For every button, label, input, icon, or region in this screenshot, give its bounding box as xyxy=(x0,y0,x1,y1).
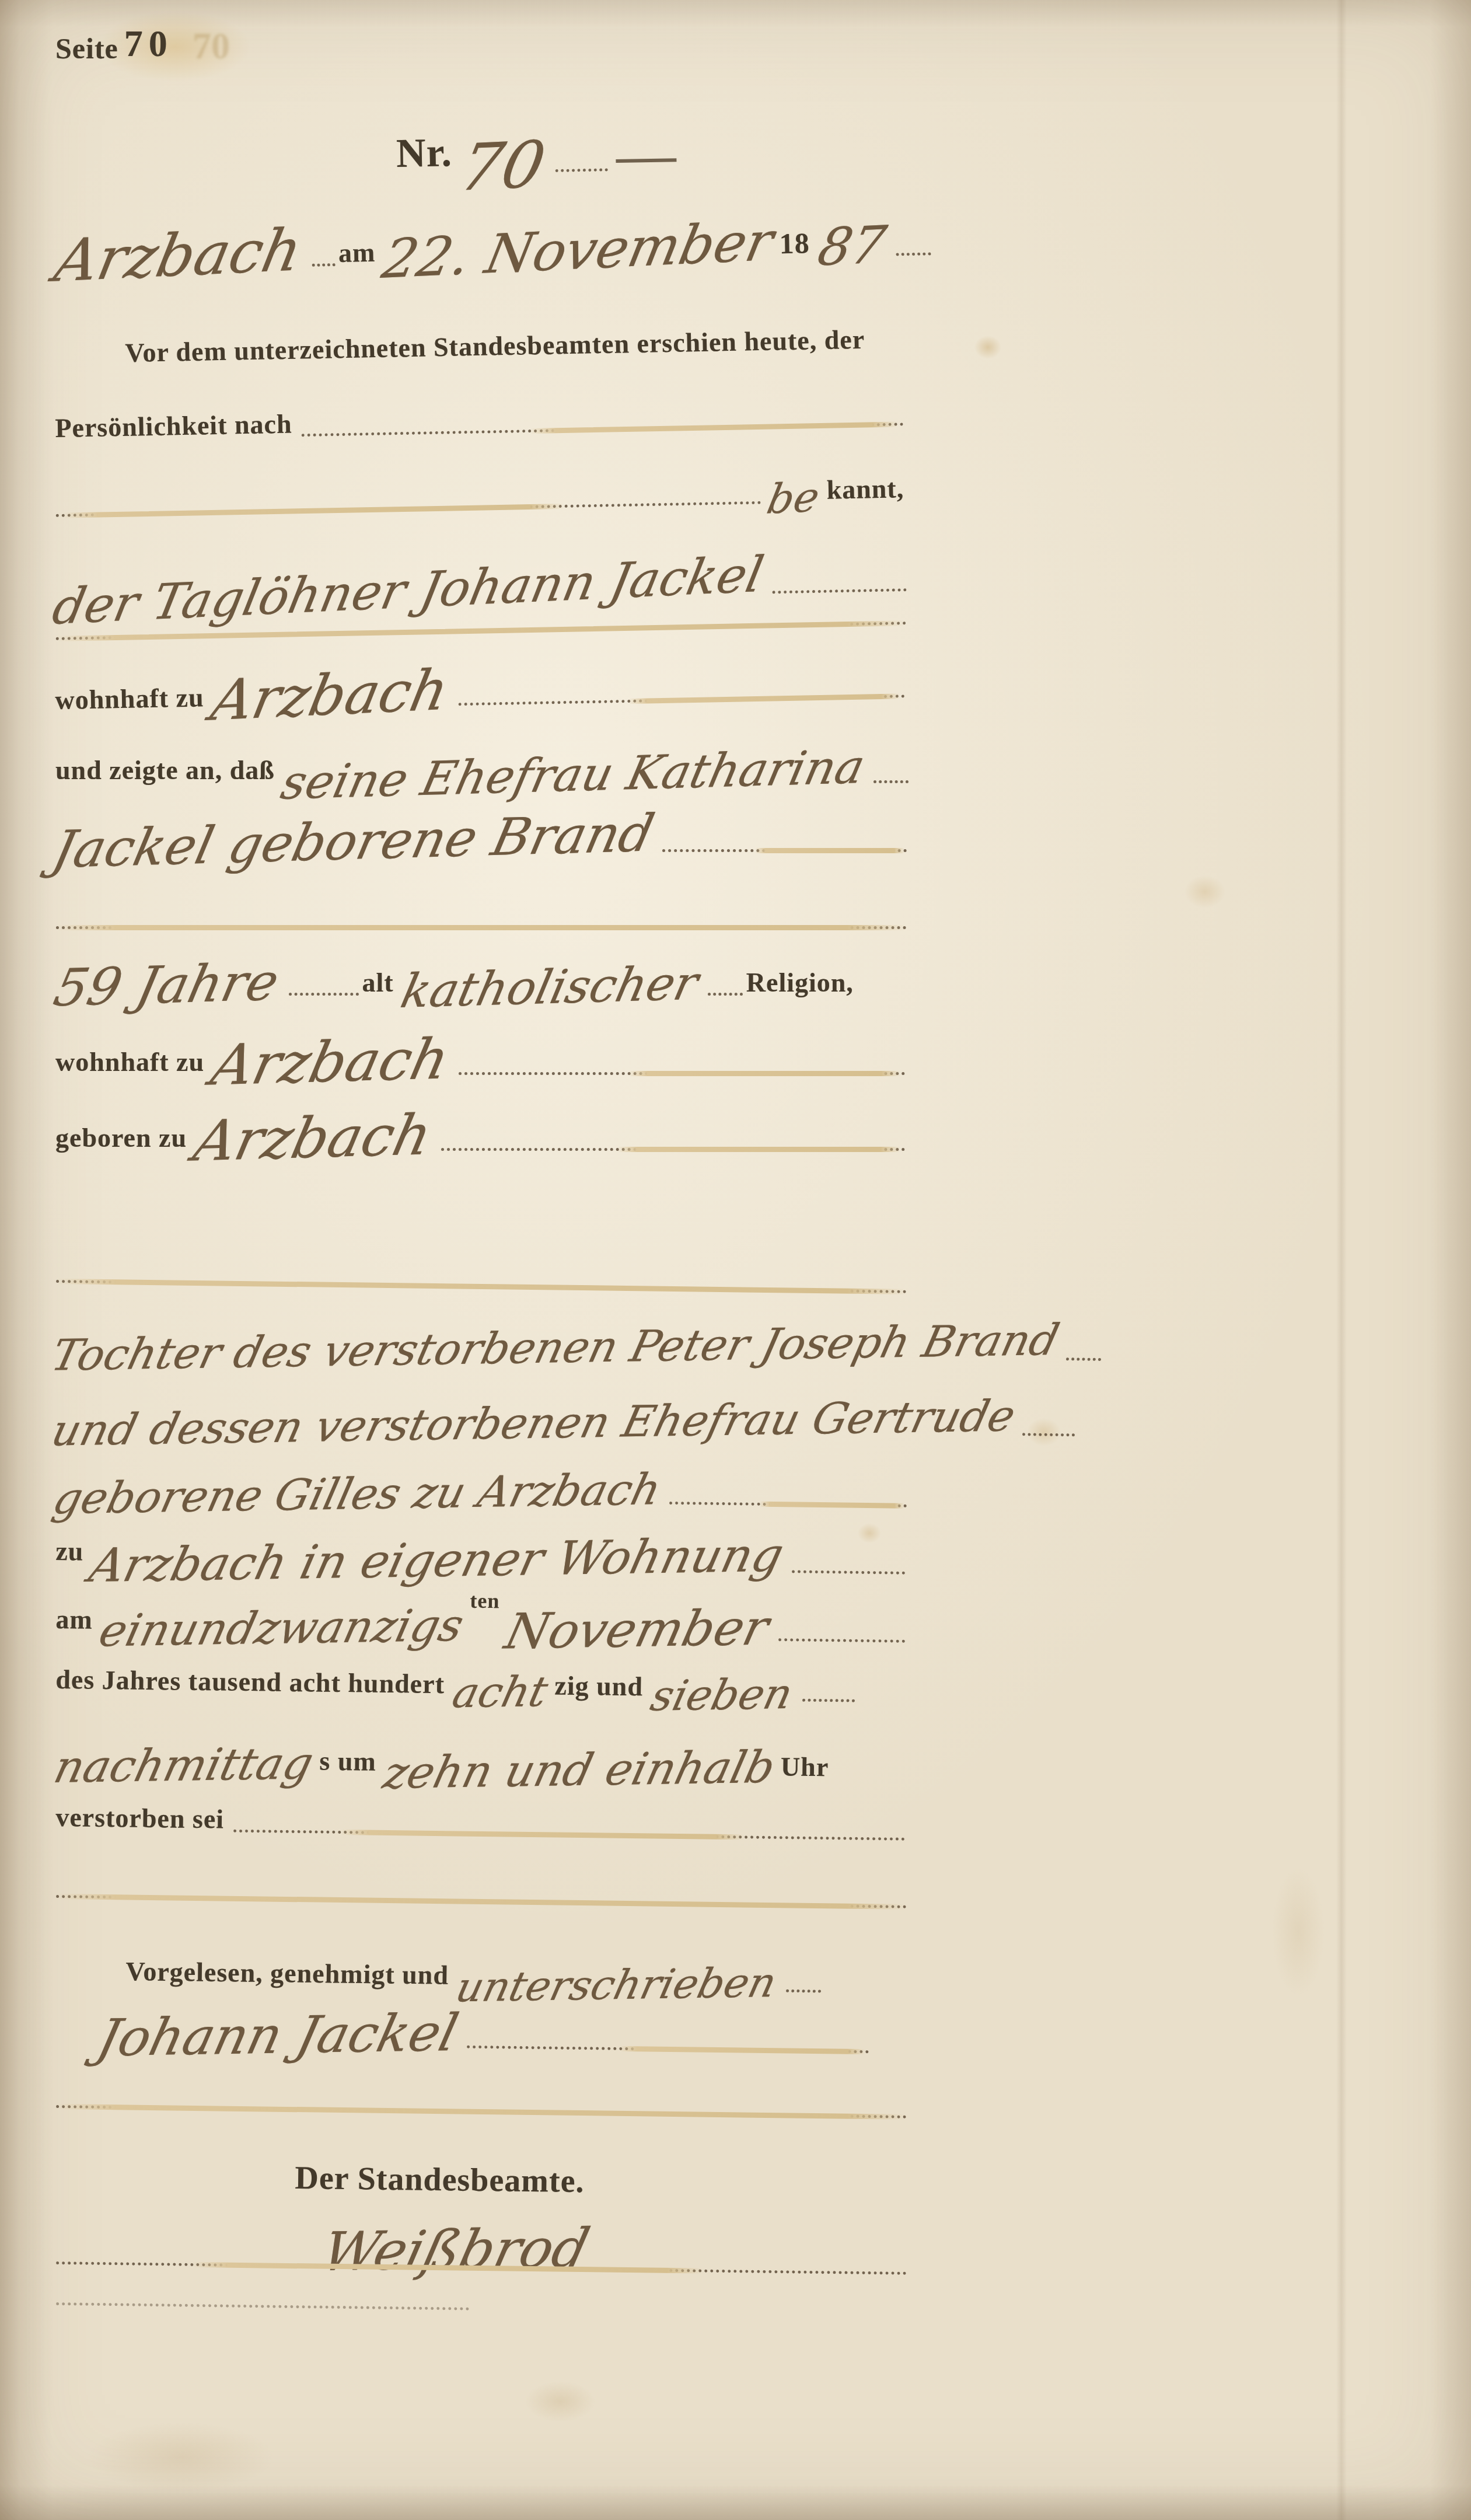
ruled-line xyxy=(662,849,907,852)
identity-row: Persönlichkeit nach xyxy=(55,386,907,447)
declarant-signature: Johann Jackel xyxy=(93,2009,462,2063)
bottom-partial-line-row xyxy=(53,2298,473,2316)
ruled-line xyxy=(312,263,335,267)
am-label: am xyxy=(338,237,376,268)
foxing-spot xyxy=(88,2422,274,2492)
deceased-name-row: Jackel geborene Brand xyxy=(53,776,910,858)
page-header: Seite 70 xyxy=(55,22,179,69)
page-crease xyxy=(1336,0,1347,2520)
ruled-line xyxy=(233,1830,905,1841)
ruled-line xyxy=(708,993,743,996)
report-line2: Jackel geborene Brand xyxy=(48,809,658,874)
closing-label: verstorben sei xyxy=(55,1802,224,1835)
record-place: Arzbach xyxy=(50,222,306,289)
s-um-label: s um xyxy=(319,1746,376,1777)
place-date-row: Arzbach am 22. November 18 87 xyxy=(52,174,903,277)
ruled-line xyxy=(896,252,931,256)
born-value: Arzbach xyxy=(190,1108,436,1168)
ghost-page-number: 70 xyxy=(193,25,230,68)
ruled-line xyxy=(441,1148,905,1151)
ruled-line xyxy=(1066,1357,1101,1361)
record-number-row: Nr. 70 xyxy=(395,94,676,181)
closing-row: verstorben sei xyxy=(55,1779,909,1847)
intro-text: Vor dem unterzeichneten Standesbeamten e… xyxy=(125,324,865,368)
record-day-month: 22. November xyxy=(379,216,778,285)
year-hand: 87 xyxy=(814,221,890,273)
day-ordinal-suffix: ten xyxy=(470,1589,500,1614)
religion-label: Religion, xyxy=(746,967,854,998)
ruled-line xyxy=(289,993,359,996)
age-religion-row: 59 Jahre alt katholischer Religion, xyxy=(53,921,910,1001)
foxing-spot xyxy=(974,336,1001,359)
ruled-line xyxy=(56,2261,907,2275)
declarant-row: der Taglöhner Johann Jackel xyxy=(51,509,910,613)
alt-label: alt xyxy=(362,967,394,998)
page-number: 70 xyxy=(124,22,173,65)
blank-line-row xyxy=(53,1891,910,1914)
ruled-line xyxy=(56,2105,907,2118)
death-time-row: nachmittag s um zehn und einhalb Uhr xyxy=(53,1698,911,1787)
registrar-signature-row: Weißbrod xyxy=(321,2190,596,2269)
ruled-line xyxy=(555,168,607,172)
ruled-line xyxy=(1022,1433,1075,1436)
ruled-line xyxy=(772,588,907,594)
ruled-line xyxy=(459,694,905,706)
registry-document-page: 70 Seite 70 Nr. 70 Arzbach am 22. Novemb… xyxy=(0,0,1471,2520)
filler-dash xyxy=(616,158,676,163)
foxing-spot xyxy=(525,2381,595,2422)
ruled-line xyxy=(56,2302,469,2310)
ruled-line xyxy=(56,1895,907,1908)
deceased-residence-label: wohnhaft zu xyxy=(55,1046,204,1077)
deceased-residence-row: wohnhaft zu Arzbach xyxy=(55,999,909,1081)
ruled-line xyxy=(467,2046,869,2053)
declarant-name: der Taglöhner Johann Jackel xyxy=(49,552,767,631)
declarant-residence-row: wohnhaft zu Arzbach xyxy=(54,620,908,719)
year-century-print: 18 xyxy=(779,226,810,260)
known-row: be kannt, xyxy=(51,444,910,523)
declarant-signature-row: Johann Jackel xyxy=(96,1974,873,2059)
record-number-label: Nr. xyxy=(396,130,452,177)
born-label: geboren zu xyxy=(55,1122,187,1153)
ruled-line xyxy=(302,423,904,437)
year-mid-label: zig und xyxy=(554,1670,643,1702)
foxing-spot xyxy=(1272,1868,1325,1996)
known-print: kannt, xyxy=(826,473,904,505)
identity-label: Persönlichkeit nach xyxy=(55,409,292,444)
ruled-line xyxy=(802,1699,855,1702)
foxing-spot xyxy=(1027,1418,1061,1446)
intro-row: Vor dem unterzeichneten Standesbeamten e… xyxy=(125,324,871,372)
foxing-spot xyxy=(1185,875,1225,908)
blank-line-row xyxy=(53,2101,910,2124)
page-number-label: Seite xyxy=(55,32,118,65)
year-phrase-label: des Jahres tausend acht hundert xyxy=(55,1664,445,1699)
parents-row-1: Tochter des verstorbenen Peter Joseph Br… xyxy=(53,1275,911,1364)
uhr-label: Uhr xyxy=(781,1751,829,1782)
birthplace-row: geboren zu Arzbach xyxy=(55,1075,909,1157)
death-year-row: des Jahres tausend acht hundert acht zig… xyxy=(55,1619,910,1709)
